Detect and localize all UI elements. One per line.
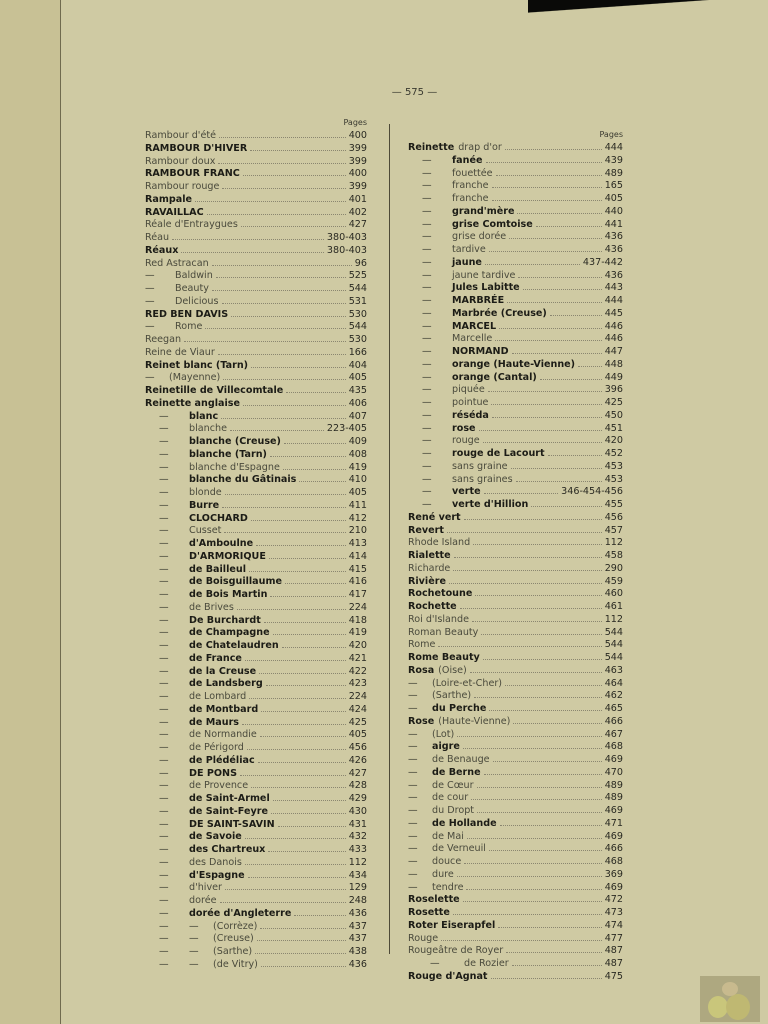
entry-pages: 463 — [605, 665, 623, 676]
entry-pages: 369 — [605, 869, 623, 880]
entry-name: (Corrèze) — [213, 921, 257, 932]
index-entry: Reinettedrap d'or444 — [408, 142, 623, 155]
entry-name: de Maurs — [189, 717, 239, 728]
entry-name: de Berne — [432, 767, 481, 778]
dot-leader — [257, 940, 346, 941]
index-entry: ——(Corrèze)437 — [145, 921, 367, 934]
ditto-dash: — — [422, 321, 452, 332]
dot-leader — [282, 647, 346, 648]
ditto-dash: — — [408, 818, 432, 829]
entry-pages: 489 — [605, 168, 623, 179]
index-entry: —Jules Labitte443 — [408, 282, 623, 295]
entry-name: du Perche — [432, 703, 486, 714]
index-entry: —DE PONS427 — [145, 768, 367, 781]
ditto-dash: — — [408, 729, 432, 740]
index-entry: ——(de Vitry)436 — [145, 959, 367, 972]
ditto-dash: — — [159, 844, 189, 855]
facing-page-edge — [0, 0, 61, 1024]
entry-pages: 475 — [605, 971, 623, 982]
index-entry: Rouge d'Agnat475 — [408, 971, 623, 984]
entry-name: (Loire-et-Cher) — [432, 678, 502, 689]
dot-leader — [216, 277, 346, 278]
entry-pages: 456 — [349, 742, 367, 753]
entry-pages: 399 — [349, 143, 367, 154]
pages-header-right: Pages — [408, 130, 623, 142]
index-entry: —MARBRÉE444 — [408, 295, 623, 308]
index-entry: René vert456 — [408, 512, 623, 525]
entry-name: Baldwin — [175, 270, 213, 281]
dot-leader — [222, 188, 345, 189]
dot-leader — [479, 430, 602, 431]
dot-leader — [471, 799, 601, 800]
entry-pages: 436 — [605, 244, 623, 255]
dot-leader — [245, 660, 346, 661]
index-entry: —d'Amboulne413 — [145, 538, 367, 551]
entry-pages: 451 — [605, 423, 623, 434]
index-entry: —de Rozier487 — [408, 958, 623, 971]
ditto-dash: — — [159, 793, 189, 804]
dot-leader — [245, 864, 346, 865]
entry-name: de Bailleul — [189, 564, 246, 575]
entry-pages: 468 — [605, 741, 623, 752]
entry-pages: 401 — [349, 194, 367, 205]
entry-pages: 438 — [349, 946, 367, 957]
entry-name: d'Amboulne — [189, 538, 253, 549]
index-entry: —de Normandie405 — [145, 729, 367, 742]
ditto-dash: — — [159, 768, 189, 779]
ditto-dash: — — [422, 461, 452, 472]
ditto-sub-dash: — — [189, 921, 213, 932]
dot-leader — [496, 175, 602, 176]
dot-leader — [249, 571, 346, 572]
ditto-dash: — — [145, 270, 175, 281]
entry-pages: 467 — [605, 729, 623, 740]
ditto-dash: — — [159, 870, 189, 881]
entry-name: de Brives — [189, 602, 234, 613]
entry-name: grise dorée — [452, 231, 506, 242]
entry-pages: 446 — [605, 333, 623, 344]
dot-leader — [477, 787, 602, 788]
entry-pages: 544 — [605, 627, 623, 638]
entry-name: franche — [452, 193, 489, 204]
entry-name: Rochetoune — [408, 588, 472, 599]
ditto-dash: — — [159, 882, 189, 893]
index-entry: —de Mai469 — [408, 831, 623, 844]
entry-name: franche — [452, 180, 489, 191]
index-entry: —piquée396 — [408, 384, 623, 397]
entry-pages: 466 — [605, 843, 623, 854]
ditto-dash: — — [145, 283, 175, 294]
entry-name: (Creuse) — [213, 933, 254, 944]
entry-pages: 531 — [349, 296, 367, 307]
entry-pages: 470 — [605, 767, 623, 778]
index-entry: Roi d'Islande112 — [408, 614, 623, 627]
entry-pages: 459 — [605, 576, 623, 587]
entry-pages: 469 — [605, 754, 623, 765]
dot-leader — [269, 558, 346, 559]
dot-leader — [477, 812, 602, 813]
index-entry: —de Périgord456 — [145, 742, 367, 755]
index-entry: —de Lombard224 — [145, 691, 367, 704]
dot-leader — [250, 150, 345, 151]
entry-name: De Burchardt — [189, 615, 261, 626]
ditto-dash: — — [159, 525, 189, 536]
entry-name: de cour — [432, 792, 468, 803]
entry-name: (Lot) — [432, 729, 454, 740]
dot-leader — [285, 583, 346, 584]
dot-leader — [453, 914, 602, 915]
entry-pages: 447 — [605, 346, 623, 357]
entry-name: blanche du Gâtinais — [189, 474, 296, 485]
index-entry: —blanche d'Espagne419 — [145, 462, 367, 475]
entry-pages: 408 — [349, 449, 367, 460]
index-entry: —des Chartreux433 — [145, 844, 367, 857]
index-entry: Reinet blanc (Tarn)404 — [145, 360, 367, 373]
dot-leader — [509, 238, 602, 239]
entry-name: Rambour doux — [145, 156, 215, 167]
entry-pages: 429 — [349, 793, 367, 804]
index-entry: —de Montbard424 — [145, 704, 367, 717]
index-entry: —fanée439 — [408, 155, 623, 168]
dot-leader — [278, 826, 346, 827]
entry-pages: 405 — [349, 729, 367, 740]
index-entry: —de cour489 — [408, 792, 623, 805]
ditto-dash: — — [422, 423, 452, 434]
dot-leader — [247, 749, 346, 750]
dot-leader — [195, 201, 346, 202]
dot-leader — [284, 443, 346, 444]
index-entry: —de Provence428 — [145, 780, 367, 793]
ditto-dash: — — [408, 690, 432, 701]
index-entry: Red Astracan96 — [145, 258, 367, 271]
ditto-dash: — — [159, 462, 189, 473]
entry-pages: 417 — [349, 589, 367, 600]
index-entry: Rose(Haute-Vienne)466 — [408, 716, 623, 729]
page-corner-shadow — [528, 0, 768, 14]
entry-pages: 421 — [349, 653, 367, 664]
entry-name: des Danois — [189, 857, 242, 868]
ditto-dash: — — [145, 296, 175, 307]
entry-name: tardive — [452, 244, 486, 255]
entry-pages: 453 — [605, 461, 623, 472]
entry-pages: 223-405 — [327, 423, 367, 434]
dot-leader — [248, 877, 346, 878]
index-entry: —grise dorée436 — [408, 231, 623, 244]
entry-name: des Chartreux — [189, 844, 265, 855]
entry-name: de Périgord — [189, 742, 244, 753]
ditto-dash: — — [159, 959, 189, 970]
dot-leader — [454, 557, 602, 558]
dot-leader — [453, 570, 601, 571]
entry-pages: 487 — [605, 958, 623, 969]
entry-pages: 410 — [349, 474, 367, 485]
dot-leader — [261, 711, 345, 712]
dot-leader — [517, 213, 601, 214]
ditto-dash: — — [408, 741, 432, 752]
index-entry: —du Dropt469 — [408, 805, 623, 818]
entry-name: fanée — [452, 155, 483, 166]
entry-name: d'hiver — [189, 882, 222, 893]
index-entry: —Burre411 — [145, 500, 367, 513]
entry-name: RAMBOUR FRANC — [145, 168, 240, 179]
index-entry: Réaux380-403 — [145, 245, 367, 258]
ditto-dash: — — [422, 295, 452, 306]
entry-pages: 440 — [605, 206, 623, 217]
entry-pages: 465 — [605, 703, 623, 714]
index-entry: Roselette472 — [408, 894, 623, 907]
entry-pages: 425 — [605, 397, 623, 408]
entry-name: Jules Labitte — [452, 282, 520, 293]
dot-leader — [550, 315, 602, 316]
index-entry: —verte d'Hillion455 — [408, 499, 623, 512]
entry-pages: 420 — [605, 435, 623, 446]
index-entry: Reegan530 — [145, 334, 367, 347]
dot-leader — [498, 927, 601, 928]
entry-name: Roman Beauty — [408, 627, 478, 638]
index-entry: Rhode Island112 — [408, 537, 623, 550]
dot-leader — [243, 405, 346, 406]
dot-leader — [467, 838, 602, 839]
entry-pages: 525 — [349, 270, 367, 281]
dot-leader — [259, 673, 346, 674]
dot-leader — [475, 595, 601, 596]
entry-pages: 415 — [349, 564, 367, 575]
index-entry: —de Bailleul415 — [145, 564, 367, 577]
entry-name: orange (Haute-Vienne) — [452, 359, 575, 370]
dot-leader — [473, 544, 601, 545]
ditto-dash: — — [408, 831, 432, 842]
entry-name: Cusset — [189, 525, 221, 536]
entry-name: jaune tardive — [452, 270, 515, 281]
dot-leader — [457, 876, 602, 877]
ditto-dash: — — [159, 487, 189, 498]
index-entry: —dorée248 — [145, 895, 367, 908]
entry-pages: 411 — [349, 500, 367, 511]
index-entry: —de Saint-Armel429 — [145, 793, 367, 806]
entry-name: de Mai — [432, 831, 464, 842]
entry-name: sans graine — [452, 461, 508, 472]
dot-leader — [224, 532, 345, 533]
dot-leader — [548, 455, 602, 456]
ditto-sub-dash: — — [189, 933, 213, 944]
entry-name: dorée — [189, 895, 217, 906]
entry-name: Rambour d'été — [145, 130, 216, 141]
index-entry: —MARCEL446 — [408, 321, 623, 334]
entry-name: Reine de Viaur — [145, 347, 215, 358]
index-entry: —verte346-454-456 — [408, 486, 623, 499]
ditto-dash: — — [159, 436, 189, 447]
entry-name: Rome — [175, 321, 202, 332]
index-entry: —(Lot)467 — [408, 729, 623, 742]
entry-pages: 409 — [349, 436, 367, 447]
dot-leader — [283, 469, 346, 470]
index-entry: —de Plédéliac426 — [145, 755, 367, 768]
index-entry: —de France421 — [145, 653, 367, 666]
entry-name: (Mayenne) — [169, 372, 220, 383]
entry-name: Reinetille de Villecomtale — [145, 385, 283, 396]
entry-pages: 544 — [349, 321, 367, 332]
index-entry: —sans graines453 — [408, 474, 623, 487]
index-entry: RAMBOUR FRANC400 — [145, 168, 367, 181]
entry-pages: 427 — [349, 768, 367, 779]
entry-pages: 466 — [605, 716, 623, 727]
index-entry: —de Champagne419 — [145, 627, 367, 640]
entry-name: de Plédéliac — [189, 755, 255, 766]
index-entry: —franche405 — [408, 193, 623, 206]
entry-pages: 412 — [349, 513, 367, 524]
index-entry: —d'hiver129 — [145, 882, 367, 895]
dot-leader — [266, 685, 346, 686]
dot-leader — [485, 264, 580, 265]
ditto-dash: — — [159, 819, 189, 830]
entry-pages: 544 — [605, 652, 623, 663]
ditto-dash: — — [159, 704, 189, 715]
index-entry: —franche165 — [408, 180, 623, 193]
entry-pages: 452 — [605, 448, 623, 459]
index-entry: —de Bois Martin417 — [145, 589, 367, 602]
entry-name: Rhode Island — [408, 537, 470, 548]
entry-pages: 112 — [349, 857, 367, 868]
dot-leader — [484, 493, 559, 494]
entry-name: MARBRÉE — [452, 295, 504, 306]
entry-name: pointue — [452, 397, 488, 408]
index-entry: —orange (Cantal)449 — [408, 372, 623, 385]
entry-pages: 473 — [605, 907, 623, 918]
entry-name: Rouge — [408, 933, 438, 944]
entry-name: Réau — [145, 232, 169, 243]
dot-leader — [578, 366, 602, 367]
index-entry: —De Burchardt418 — [145, 615, 367, 628]
dot-leader — [225, 494, 346, 495]
entry-name: fouettée — [452, 168, 493, 179]
ditto-dash: — — [159, 653, 189, 664]
entry-pages: 530 — [349, 309, 367, 320]
index-entry: —de Chatelaudren420 — [145, 640, 367, 653]
ditto-dash: — — [159, 742, 189, 753]
ditto-dash: — — [422, 282, 452, 293]
index-entry: —du Perche465 — [408, 703, 623, 716]
ditto-dash: — — [159, 474, 189, 485]
entry-name: Rampale — [145, 194, 192, 205]
entry-pages: 424 — [349, 704, 367, 715]
entry-prefix: Reinette — [408, 142, 454, 153]
index-entry: —de Landsberg423 — [145, 678, 367, 691]
ditto-dash: — — [159, 423, 189, 434]
dot-leader — [491, 978, 602, 979]
dot-leader — [273, 800, 346, 801]
ditto-dash: — — [159, 678, 189, 689]
dot-leader — [505, 685, 602, 686]
entry-pages: 444 — [605, 142, 623, 153]
index-entry: —de Saint-Feyre430 — [145, 806, 367, 819]
entry-pages: 462 — [605, 690, 623, 701]
entry-pages: 446 — [605, 321, 623, 332]
dot-leader — [237, 609, 346, 610]
dot-leader — [258, 762, 346, 763]
dot-leader — [242, 724, 346, 725]
entry-name: Rivière — [408, 576, 446, 587]
entry-pages: 380-403 — [327, 232, 367, 243]
index-entry: —de la Creuse422 — [145, 666, 367, 679]
index-entry: —grise Comtoise441 — [408, 219, 623, 232]
index-entry: —blanc407 — [145, 411, 367, 424]
index-entry: RAMBOUR D'HIVER399 — [145, 143, 367, 156]
index-entry: —sans graine453 — [408, 461, 623, 474]
ditto-dash: — — [430, 958, 464, 969]
index-entry: —blanche (Creuse)409 — [145, 436, 367, 449]
dot-leader — [505, 149, 602, 150]
entry-pages: 433 — [349, 844, 367, 855]
index-entry: Rougeâtre de Royer487 — [408, 945, 623, 958]
entry-name: RED BEN DAVIS — [145, 309, 228, 320]
entry-pages: 210 — [349, 525, 367, 536]
ditto-dash: — — [408, 767, 432, 778]
entry-name: tendre — [432, 882, 463, 893]
ditto-dash: — — [408, 856, 432, 867]
dot-leader — [251, 520, 346, 521]
index-entry: Rambour d'été400 — [145, 130, 367, 143]
index-entry: Roman Beauty544 — [408, 627, 623, 640]
ditto-sub-dash: — — [189, 959, 213, 970]
dot-leader — [222, 507, 346, 508]
entry-pages: 426 — [349, 755, 367, 766]
entry-name: blanche d'Espagne — [189, 462, 280, 473]
entry-pages: 444 — [605, 295, 623, 306]
dot-leader — [492, 417, 602, 418]
entry-name: Rochette — [408, 601, 457, 612]
entry-name: MARCEL — [452, 321, 496, 332]
entry-name: grand'mère — [452, 206, 514, 217]
ditto-dash: — — [159, 666, 189, 677]
ditto-dash: — — [159, 806, 189, 817]
entry-pages: 402 — [349, 207, 367, 218]
ditto-dash: — — [422, 410, 452, 421]
entry-pages: 544 — [349, 283, 367, 294]
index-entry: —grand'mère440 — [408, 206, 623, 219]
ditto-dash: — — [408, 703, 432, 714]
entry-pages: 405 — [349, 372, 367, 383]
index-column-right: Pages Reinettedrap d'or444—fanée439—foue… — [408, 130, 623, 984]
ditto-dash: — — [422, 257, 452, 268]
index-entry: Rivière459 — [408, 576, 623, 589]
dot-leader — [457, 736, 601, 737]
entry-name: Roter Eiserapfel — [408, 920, 495, 931]
dot-leader — [225, 889, 346, 890]
ditto-dash: — — [145, 321, 175, 332]
ditto-dash: — — [159, 500, 189, 511]
index-entry: —(Mayenne)405 — [145, 372, 367, 385]
dot-leader — [449, 583, 602, 584]
entry-name: Reinette anglaise — [145, 398, 240, 409]
index-entry: —blanche223-405 — [145, 423, 367, 436]
dot-leader — [447, 532, 602, 533]
entry-pages: 439 — [605, 155, 623, 166]
entry-pages: 453 — [605, 474, 623, 485]
ditto-dash: — — [422, 180, 452, 191]
entry-name: de Cœur — [432, 780, 474, 791]
dot-leader — [243, 175, 346, 176]
index-entry: —rouge de Lacourt452 — [408, 448, 623, 461]
index-entry: Roter Eiserapfel474 — [408, 920, 623, 933]
ditto-dash: — — [422, 308, 452, 319]
dot-leader — [506, 952, 602, 953]
index-entry: —dorée d'Angleterre436 — [145, 908, 367, 921]
entry-name: RAMBOUR D'HIVER — [145, 143, 247, 154]
index-entry: —blonde405 — [145, 487, 367, 500]
entry-name: CLOCHARD — [189, 513, 248, 524]
index-entry: —de Benauge469 — [408, 754, 623, 767]
ditto-dash: — — [422, 435, 452, 446]
